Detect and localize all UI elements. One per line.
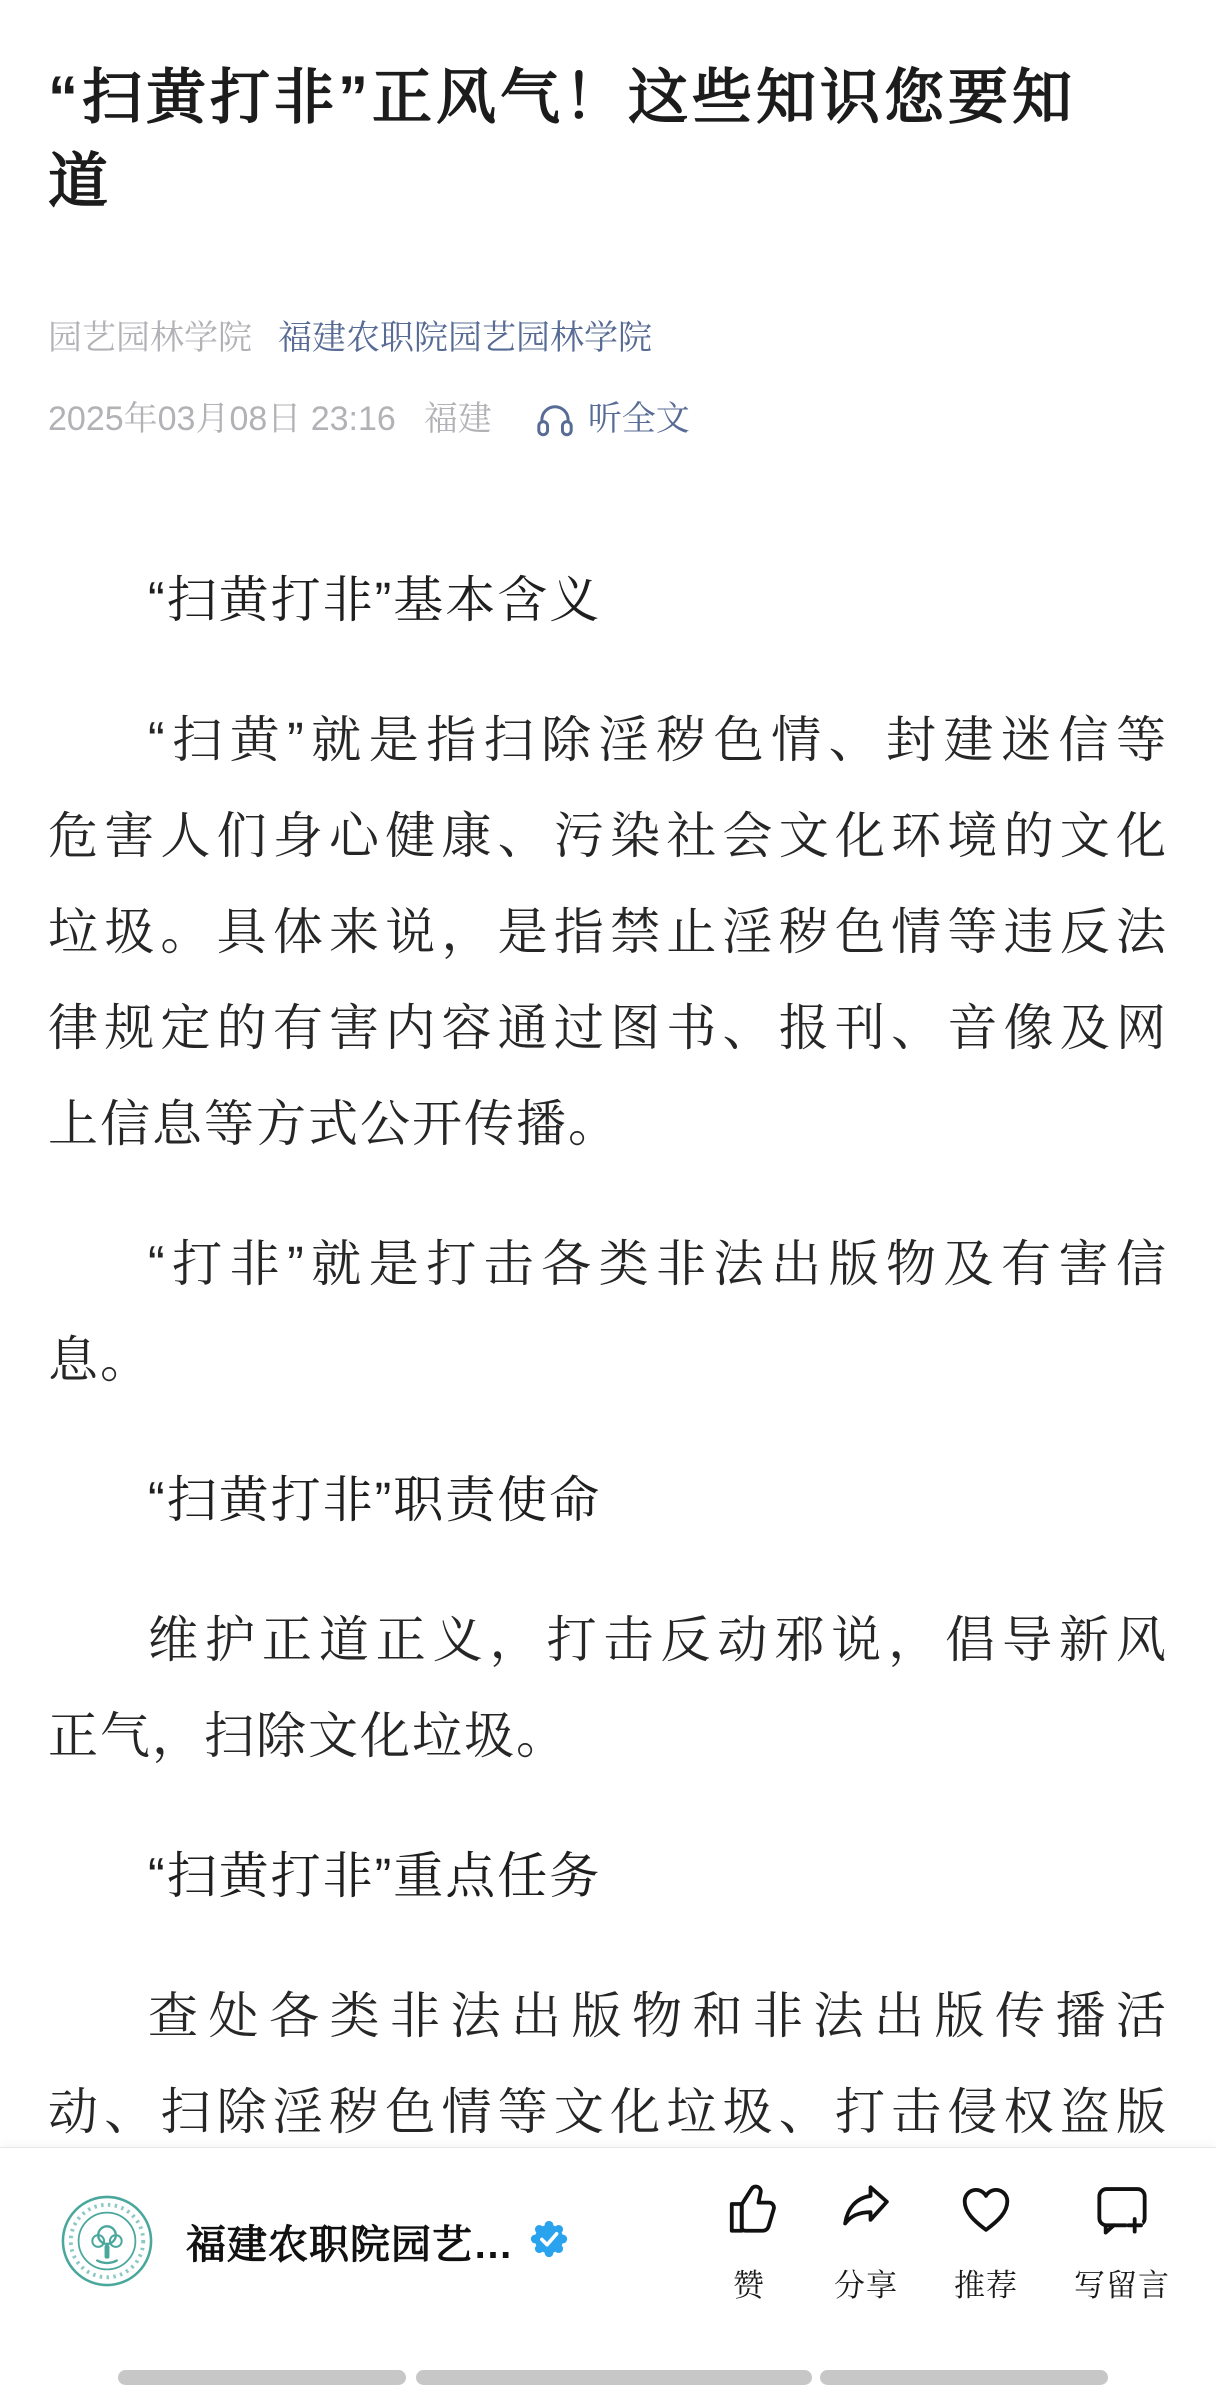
text-line: 查处各类非法出版物和非法出版传播活 xyxy=(48,1968,1168,2064)
text-line: 律规定的有害内容通过图书、报刊、音像及网 xyxy=(48,980,1168,1076)
account-name[interactable]: 福建农职院园艺… xyxy=(186,2213,514,2270)
bottom-bar: 福建农职院园艺… xyxy=(0,2147,1216,2391)
section-heading: “扫黄打非”重点任务 xyxy=(48,1828,1168,1924)
article-content: “扫黄打非”正风气！这些知识您要知 道 园艺园林学院 福建农职院园艺园林学院 2… xyxy=(0,0,1216,2160)
text-line: “扫黄”就是指扫除淫秽色情、封建迷信等 xyxy=(48,692,1168,788)
title-line-2: 道 xyxy=(48,140,1168,224)
title-line-1: “扫黄打非”正风气！这些知识您要知 xyxy=(48,56,1168,140)
recommend-button[interactable]: 推荐 xyxy=(954,2180,1018,2305)
text-line: 维护正道正义，打击反动邪说，倡导新风 xyxy=(48,1592,1168,1688)
account-avatar[interactable] xyxy=(60,2194,154,2288)
section-heading: “扫黄打非”基本含义 xyxy=(48,552,1168,648)
account-link[interactable]: 福建农职院园艺园林学院 xyxy=(278,318,652,359)
text-line: 危害人们身心健康、污染社会文化环境的文化 xyxy=(48,788,1168,884)
section-heading: “扫黄打非”职责使命 xyxy=(48,1452,1168,1548)
text-line: 动、扫除淫秽色情等文化垃圾、打击侵权盗版 xyxy=(48,2064,1168,2160)
share-label: 分享 xyxy=(834,2260,898,2305)
comment-label: 写留言 xyxy=(1074,2260,1170,2305)
text-line: 垃圾。具体来说，是指禁止淫秽色情等违反法 xyxy=(48,884,1168,980)
share-icon xyxy=(837,2180,895,2238)
paragraph: 查处各类非法出版物和非法出版传播活动、扫除淫秽色情等文化垃圾、打击侵权盗版 xyxy=(48,1968,1168,2160)
headphone-icon xyxy=(534,398,576,440)
byline: 园艺园林学院 福建农职院园艺园林学院 xyxy=(48,318,1168,359)
like-label: 赞 xyxy=(733,2260,765,2305)
recommend-label: 推荐 xyxy=(954,2260,1018,2305)
paragraph: “打非”就是打击各类非法出版物及有害信息。 xyxy=(48,1216,1168,1408)
article-page: “扫黄打非”正风气！这些知识您要知 道 园艺园林学院 福建农职院园艺园林学院 2… xyxy=(0,0,1216,2391)
share-button[interactable]: 分享 xyxy=(834,2180,898,2305)
placeholder-bar xyxy=(820,2370,1108,2385)
paragraph: 维护正道正义，打击反动邪说，倡导新风正气，扫除文化垃圾。 xyxy=(48,1592,1168,1784)
text-line: “打非”就是打击各类非法出版物及有害信 xyxy=(48,1216,1168,1312)
author-name: 园艺园林学院 xyxy=(48,318,252,359)
verified-badge-icon xyxy=(530,2220,568,2263)
paragraph: “扫黄”就是指扫除淫秽色情、封建迷信等危害人们身心健康、污染社会文化环境的文化垃… xyxy=(48,692,1168,1172)
page-title: “扫黄打非”正风气！这些知识您要知 道 xyxy=(48,56,1168,224)
action-bar: 赞 分享 推荐 xyxy=(720,2148,1216,2305)
comment-button[interactable]: 写留言 xyxy=(1074,2180,1170,2305)
text-line: 息。 xyxy=(48,1312,1168,1408)
listen-button[interactable]: 听全文 xyxy=(534,398,690,440)
comment-icon xyxy=(1093,2180,1151,2238)
placeholder-bar xyxy=(118,2370,406,2385)
listen-label: 听全文 xyxy=(588,399,690,440)
text-line: 正气，扫除文化垃圾。 xyxy=(48,1688,1168,1784)
placeholder-bar xyxy=(416,2370,812,2385)
publish-location: 福建 xyxy=(424,399,492,440)
like-button[interactable]: 赞 xyxy=(720,2180,778,2305)
meta-info: 2025年03月08日 23:16 福建 听全文 xyxy=(48,398,1168,440)
text-line: 上信息等方式公开传播。 xyxy=(48,1076,1168,1172)
account-info: 福建农职院园艺… xyxy=(0,2148,568,2334)
like-icon xyxy=(720,2180,778,2238)
heart-icon xyxy=(957,2180,1015,2238)
article-body: “扫黄打非”基本含义“扫黄”就是指扫除淫秽色情、封建迷信等危害人们身心健康、污染… xyxy=(48,552,1168,2160)
publish-date: 2025年03月08日 23:16 xyxy=(48,399,396,440)
